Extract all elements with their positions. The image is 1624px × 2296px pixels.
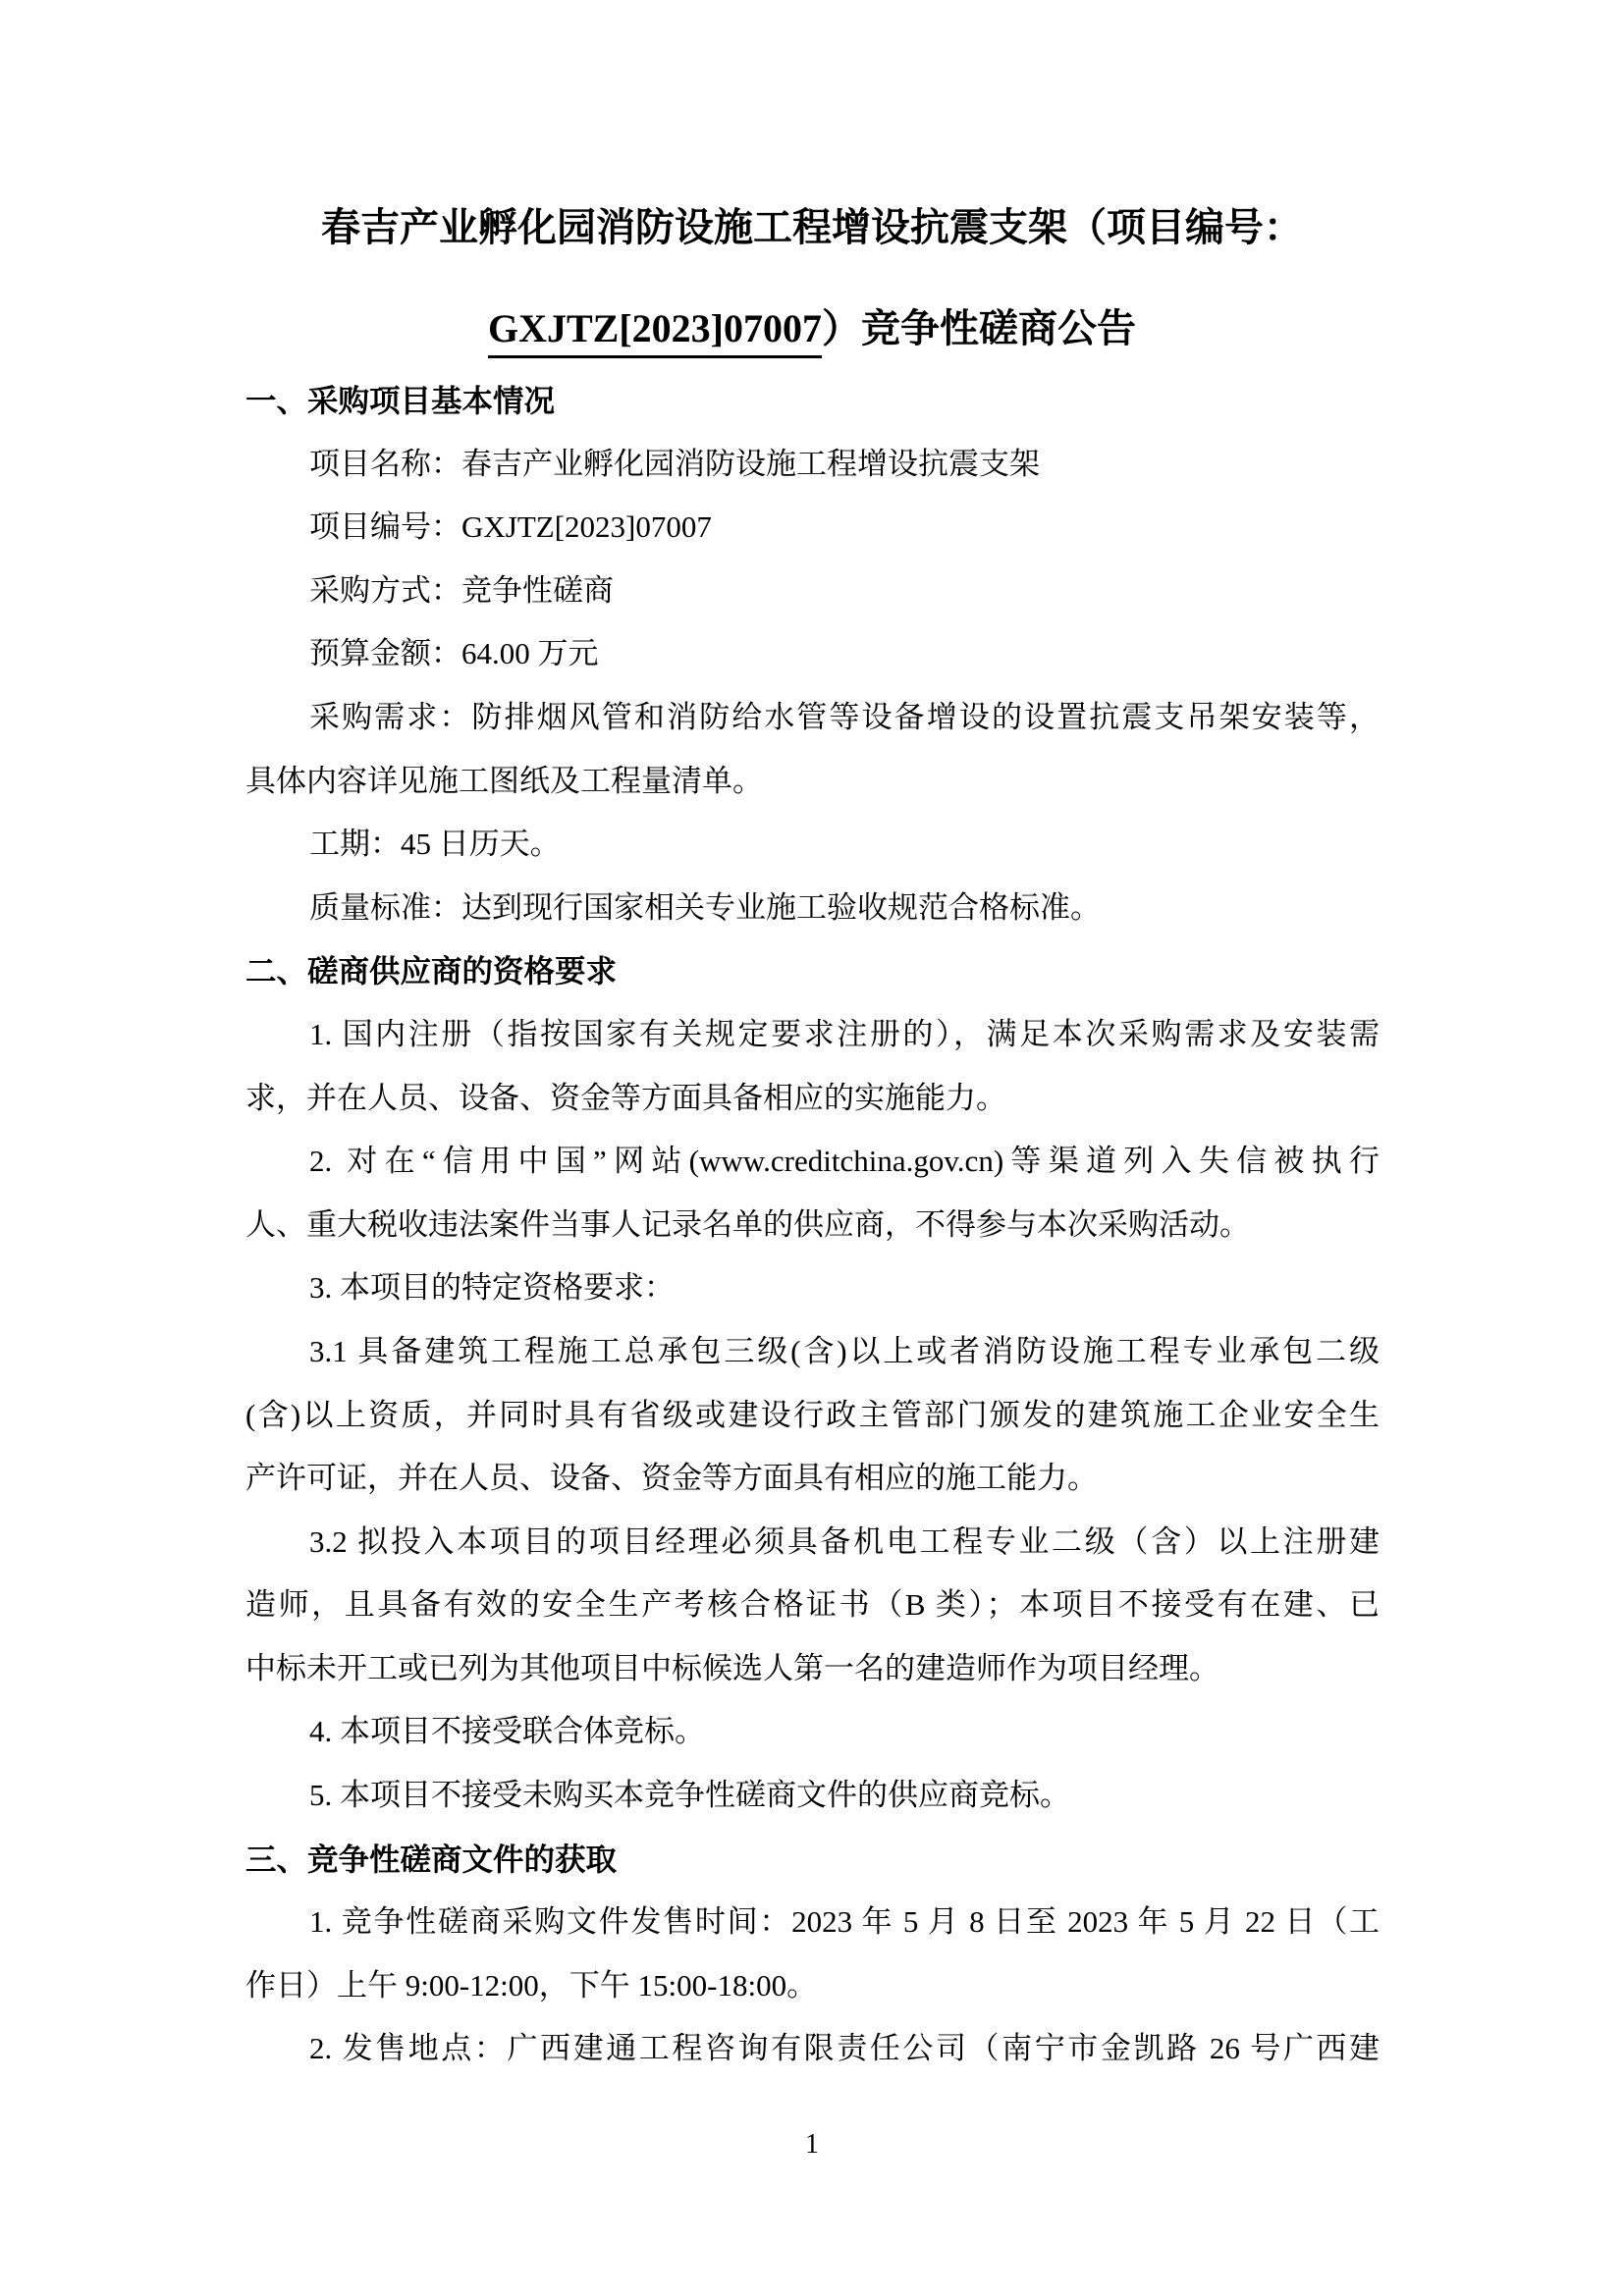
- text-line-requirement-5: 5. 本项目不接受未购买本竞争性磋商文件的供应商竞标。: [245, 1764, 1380, 1828]
- text-line-procurement-method: 采购方式：竞争性磋商: [245, 560, 1380, 623]
- text-line-requirement-2-cont: 人、重大税收违法案件当事人记录名单的供应商，不得参与本次采购活动。: [245, 1194, 1380, 1257]
- text-line-budget-amount: 预算金额：64.00 万元: [245, 622, 1380, 686]
- text-line-project-number: 项目编号：GXJTZ[2023]07007: [245, 496, 1380, 560]
- text-line-procurement-demand: 采购需求：防排烟风管和消防给水管等设备增设的设置抗震支吊架安装等，: [245, 686, 1380, 750]
- text-line-requirement-3-1: 3.1 具备建筑工程施工总承包三级(含)以上或者消防设施工程专业承包二级: [245, 1320, 1380, 1384]
- document-title-line-2-rest: ）竞争性磋商公告: [822, 306, 1136, 350]
- section-2-heading: 二、磋商供应商的资格要求: [245, 939, 1380, 1003]
- text-line-construction-period: 工期：45 日历天。: [245, 813, 1380, 877]
- text-line-sale-time: 1. 竞争性磋商采购文件发售时间：2023 年 5 月 8 日至 2023 年 …: [245, 1891, 1380, 1954]
- text-line-requirement-3: 3. 本项目的特定资格要求：: [245, 1256, 1380, 1320]
- page-number: 1: [0, 2128, 1624, 2162]
- text-line-project-name: 项目名称：春吉产业孵化园消防设施工程增设抗震支架: [245, 433, 1380, 497]
- text-line-quality-standard: 质量标准：达到现行国家相关专业施工验收规范合格标准。: [245, 877, 1380, 940]
- text-line-requirement-3-2-cont-b: 中标未开工或已列为其他项目中标候选人第一名的建造师作为项目经理。: [245, 1637, 1380, 1701]
- text-line-sale-location: 2. 发售地点：广西建通工程咨询有限责任公司（南宁市金凯路 26 号广西建: [245, 2017, 1380, 2081]
- text-line-sale-time-cont: 作日）上午 9:00-12:00，下午 15:00-18:00。: [245, 1954, 1380, 2018]
- document-body: 一、采购项目基本情况 项目名称：春吉产业孵化园消防设施工程增设抗震支架 项目编号…: [245, 369, 1380, 2081]
- text-line-requirement-3-1-cont-a: (含)以上资质，并同时具有省级或建设行政主管部门颁发的建筑施工企业安全生: [245, 1384, 1380, 1448]
- text-line-requirement-1-cont: 求，并在人员、设备、资金等方面具备相应的实施能力。: [245, 1067, 1380, 1131]
- section-1-heading: 一、采购项目基本情况: [245, 369, 1380, 433]
- text-line-requirement-1: 1. 国内注册（指按国家有关规定要求注册的），满足本次采购需求及安装需: [245, 1003, 1380, 1067]
- text-line-requirement-4: 4. 本项目不接受联合体竞标。: [245, 1700, 1380, 1764]
- text-line-requirement-3-2-cont-a: 造师，且具备有效的安全生产考核合格证书（B 类）；本项目不接受有在建、已: [245, 1574, 1380, 1637]
- document-title-line-1: 春吉产业孵化园消防设施工程增设抗震支架（项目编号：: [0, 177, 1624, 278]
- text-line-requirement-2: 2. 对在“信用中国”网站(www.creditchina.gov.cn)等渠道…: [245, 1130, 1380, 1194]
- project-number-underlined: GXJTZ[2023]07007: [488, 306, 822, 358]
- text-line-requirement-3-2: 3.2 拟投入本项目的项目经理必须具备机电工程专业二级（含）以上注册建: [245, 1511, 1380, 1575]
- text-line-requirement-3-1-cont-b: 产许可证，并在人员、设备、资金等方面具有相应的施工能力。: [245, 1447, 1380, 1511]
- document-page: 春吉产业孵化园消防设施工程增设抗震支架（项目编号： GXJTZ[2023]070…: [0, 0, 1624, 2296]
- document-title-line-2: GXJTZ[2023]07007）竞争性磋商公告: [0, 278, 1624, 379]
- text-line-procurement-demand-cont: 具体内容详见施工图纸及工程量清单。: [245, 750, 1380, 814]
- section-3-heading: 三、竞争性磋商文件的获取: [245, 1828, 1380, 1892]
- document-title: 春吉产业孵化园消防设施工程增设抗震支架（项目编号： GXJTZ[2023]070…: [0, 177, 1624, 379]
